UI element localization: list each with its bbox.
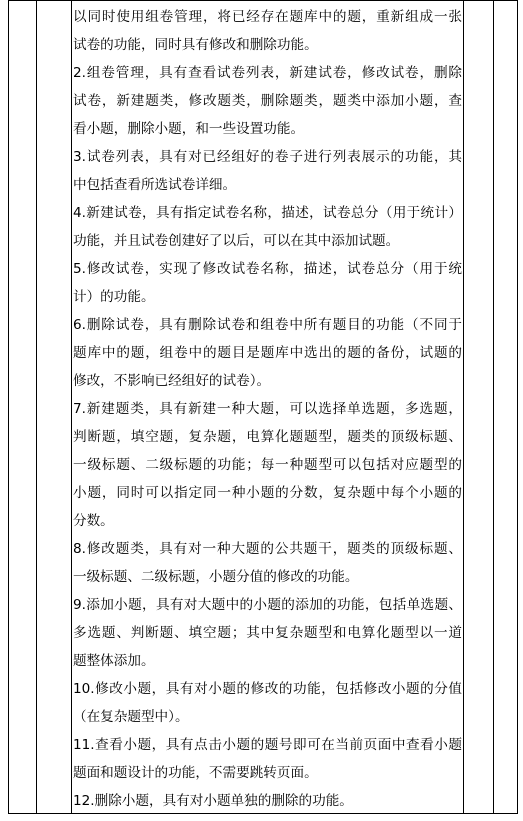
text-line: 题整体添加。 — [73, 647, 462, 675]
table-cell-right-inner — [464, 1, 494, 813]
text-line: 11.查看小题，具有点击小题的题号即可在当前页面中查看小题 — [73, 731, 462, 759]
text-line: 以同时使用组卷管理，将已经存在题库中的题，重新组成一张 — [73, 3, 462, 31]
text-line: 8.修改题类，具有对一种大题的公共题干，题类的顶级标题、 — [73, 535, 462, 563]
table-cell-content: 以同时使用组卷管理，将已经存在题库中的题，重新组成一张试卷的功能，同时具有修改和… — [72, 1, 464, 813]
text-line: 3.试卷列表，具有对已经组好的卷子进行列表展示的功能，其 — [73, 143, 462, 171]
requirements-table: 以同时使用组卷管理，将已经存在题库中的题，重新组成一张试卷的功能，同时具有修改和… — [8, 0, 518, 814]
text-line: 题面和题设计的功能，不需要跳转页面。 — [73, 759, 462, 787]
text-line: 5.修改试卷，实现了修改试卷名称，描述，试卷总分（用于统 — [73, 255, 462, 283]
text-line: 6.删除试卷，具有删除试卷和组卷中所有题目的功能（不同于 — [73, 311, 462, 339]
text-line: 12.删除小题，具有对小题单独的删除的功能。 — [73, 787, 462, 813]
table-cell-left-inner — [37, 1, 72, 813]
text-line: 判断题，填空题，复杂题，电算化题题型，题类的顶级标题、 — [73, 423, 462, 451]
text-line: 一级标题、二级标题的功能；每一种题型可以包括对应题型的 — [73, 451, 462, 479]
text-line: 小题，同时可以指定同一种小题的分数，复杂题中每个小题的 — [73, 479, 462, 507]
text-line: 试卷的功能，同时具有修改和删除功能。 — [73, 31, 462, 59]
text-line: 一级标题、二级标题，小题分值的修改的功能。 — [73, 563, 462, 591]
text-line: 试卷，新建题类，修改题类，删除题类，题类中添加小题，查 — [73, 87, 462, 115]
text-line: 修改，不影响已经组好的试卷）。 — [73, 367, 462, 395]
text-line: 看小题，删除小题，和一些设置功能。 — [73, 115, 462, 143]
text-line: 计）的功能。 — [73, 283, 462, 311]
text-line: 7.新建题类，具有新建一种大题，可以选择单选题，多选题， — [73, 395, 462, 423]
table-cell-left-outer — [9, 1, 37, 813]
text-line: 分数。 — [73, 507, 462, 535]
text-line: 4.新建试卷，具有指定试卷名称，描述，试卷总分（用于统计） — [73, 199, 462, 227]
table-cell-right-outer — [494, 1, 517, 813]
document-page: 以同时使用组卷管理，将已经存在题库中的题，重新组成一张试卷的功能，同时具有修改和… — [0, 0, 523, 821]
text-line: 9.添加小题，具有对大题中的小题的添加的功能，包括单选题、 — [73, 591, 462, 619]
text-line: （在复杂题型中）。 — [73, 703, 462, 731]
text-line: 2.组卷管理，具有查看试卷列表，新建试卷，修改试卷，删除 — [73, 59, 462, 87]
text-line: 中包括查看所选试卷详细。 — [73, 171, 462, 199]
text-line: 题库中的题，组卷中的题目是题库中选出的题的备份，试题的 — [73, 339, 462, 367]
text-line: 功能，并且试卷创建好了以后，可以在其中添加试题。 — [73, 227, 462, 255]
text-line: 多选题、判断题、填空题；其中复杂题型和电算化题型以一道 — [73, 619, 462, 647]
text-line: 10.修改小题，具有对小题的修改的功能，包括修改小题的分值 — [73, 675, 462, 703]
